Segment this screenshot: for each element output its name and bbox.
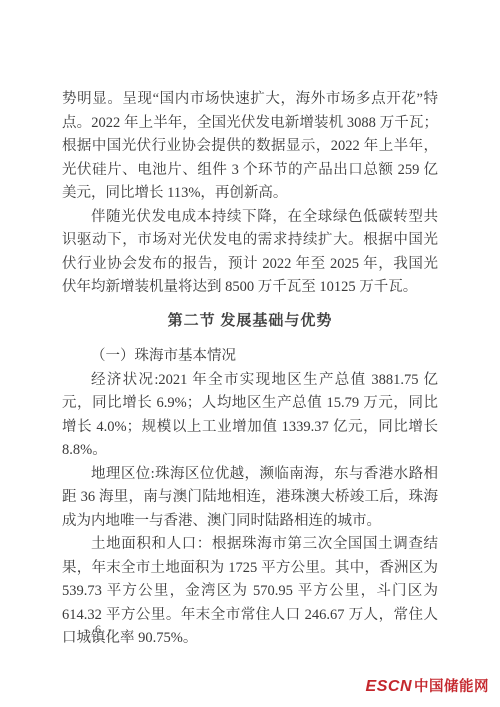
paragraph-pv-market-growth: 势明显。呈现“国内市场快速扩大，海外市场多点开花”特点。2022 年上半年，全国… — [62, 88, 438, 206]
paragraph-economy: 经济状况:2021 年全市实现地区生产总值 3881.75 亿元，同比增长 6.… — [62, 369, 438, 463]
logo-text-zh: 中国储能网 — [414, 679, 489, 695]
subsection-heading: （一）珠海市基本情况 — [62, 345, 438, 369]
escn-logo: ESCN中国储能网 — [366, 676, 489, 697]
paragraph-geography: 地理区位:珠海区位优越，濒临南海，东与香港水路相距 36 海里，南与澳门陆地相连… — [62, 463, 438, 534]
paragraph-land-population: 土地面积和人口：根据珠海市第三次全国国土调查结果，年末全市土地面积为 1725 … — [62, 533, 438, 651]
document-page: 势明显。呈现“国内市场快速扩大，海外市场多点开花”特点。2022 年上半年，全国… — [0, 0, 500, 707]
document-body: 势明显。呈现“国内市场快速扩大，海外市场多点开花”特点。2022 年上半年，全国… — [62, 88, 438, 651]
page-number: - 6 - — [84, 622, 114, 637]
paragraph-pv-cost-forecast: 伴随光伏发电成本持续下降，在全球绿色低碳转型共识驱动下，市场对光伏发电的需求持续… — [62, 206, 438, 300]
logo-text-en: ESCN — [366, 678, 412, 695]
section-heading: 第二节 发展基础与优势 — [62, 310, 438, 334]
